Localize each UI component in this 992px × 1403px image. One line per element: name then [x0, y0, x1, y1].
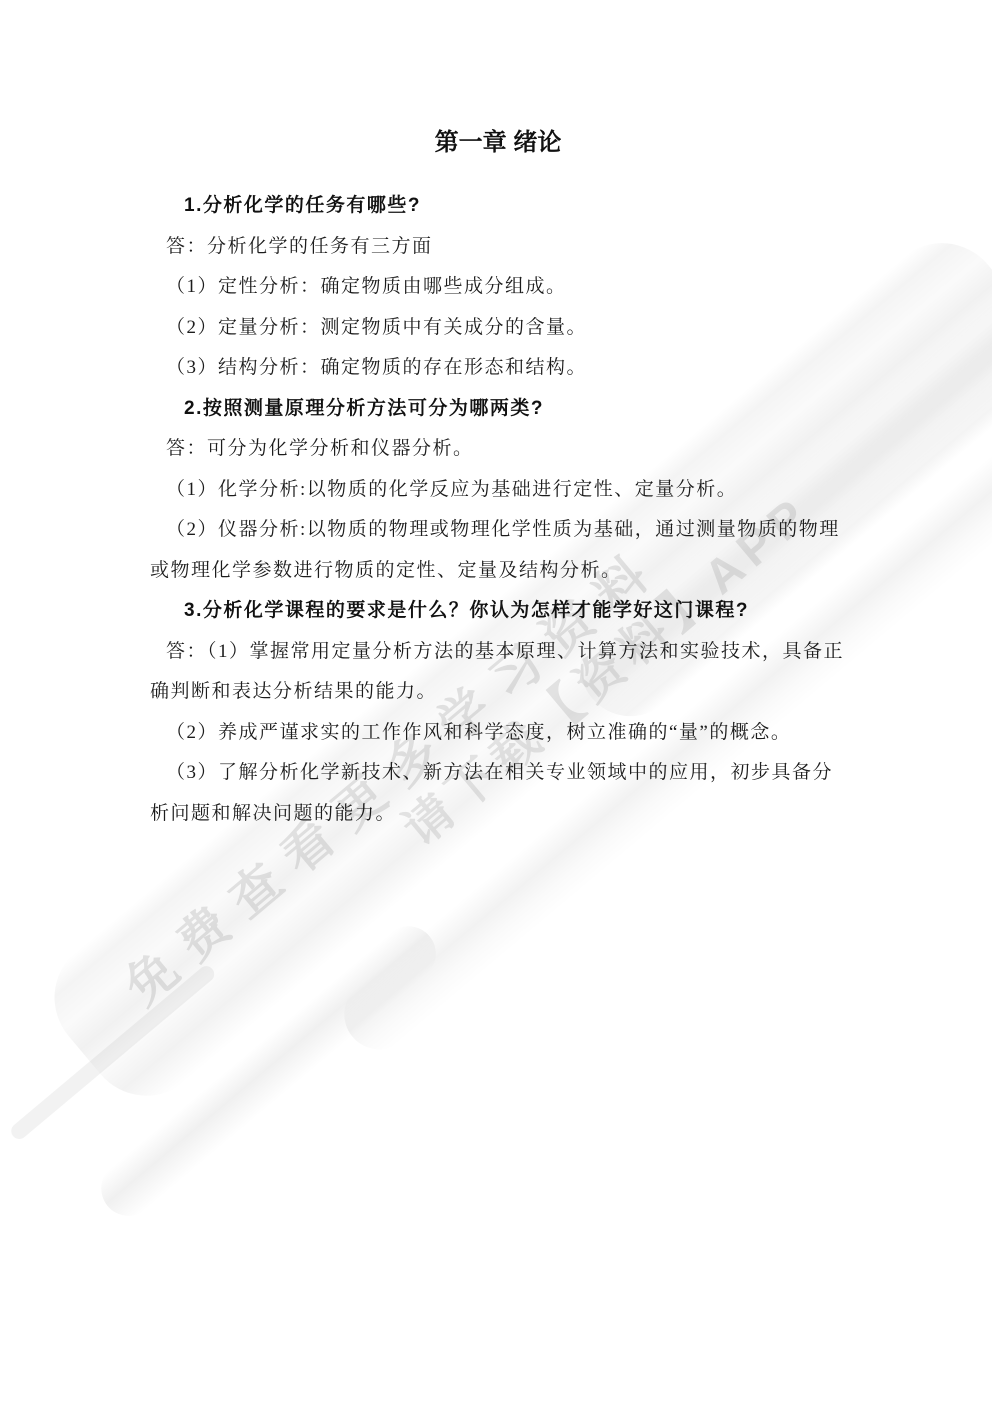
document-page: 第一章 绪论 1.分析化学的任务有哪些? 答：分析化学的任务有三方面 （1）定性… — [150, 126, 846, 834]
answer-line-continuation: 或物理化学参数进行物质的定性、定量及结构分析。 — [150, 551, 846, 592]
answer-line: （1）定性分析：确定物质由哪些成分组成。 — [150, 267, 846, 308]
answer-line: （2）定量分析：测定物质中有关成分的含量。 — [150, 308, 846, 349]
answer-line: （3）结构分析：确定物质的存在形态和结构。 — [150, 348, 846, 389]
brush-stroke-bottom-left — [90, 915, 447, 1227]
answer-line-continuation: 确判断和表达分析结果的能力。 — [150, 672, 846, 713]
answer-line-continuation: 析问题和解决问题的能力。 — [150, 794, 846, 835]
answer-line: （2）养成严谨求实的工作作风和科学态度，树立准确的“量”的概念。 — [150, 713, 846, 754]
answer-line: 答：分析化学的任务有三方面 — [150, 227, 846, 268]
answer-line: 答：可分为化学分析和仪器分析。 — [150, 429, 846, 470]
brush-stroke-thin — [8, 963, 217, 1142]
question-1: 1.分析化学的任务有哪些? — [150, 186, 846, 227]
question-2: 2.按照测量原理分析方法可分为哪两类? — [150, 389, 846, 430]
answer-line: 答：（1）掌握常用定量分析方法的基本原理、计算方法和实验技术，具备正 — [150, 632, 846, 673]
answer-line: （1）化学分析:以物质的化学反应为基础进行定性、定量分析。 — [150, 470, 846, 511]
question-3: 3.分析化学课程的要求是什么？你认为怎样才能学好这门课程? — [150, 591, 846, 632]
answer-line: （2）仪器分析:以物质的物理或物理化学性质为基础，通过测量物质的物理 — [150, 510, 846, 551]
answer-line: （3）了解分析化学新技术、新方法在相关专业领域中的应用，初步具备分 — [150, 753, 846, 794]
chapter-title: 第一章 绪论 — [150, 126, 846, 160]
